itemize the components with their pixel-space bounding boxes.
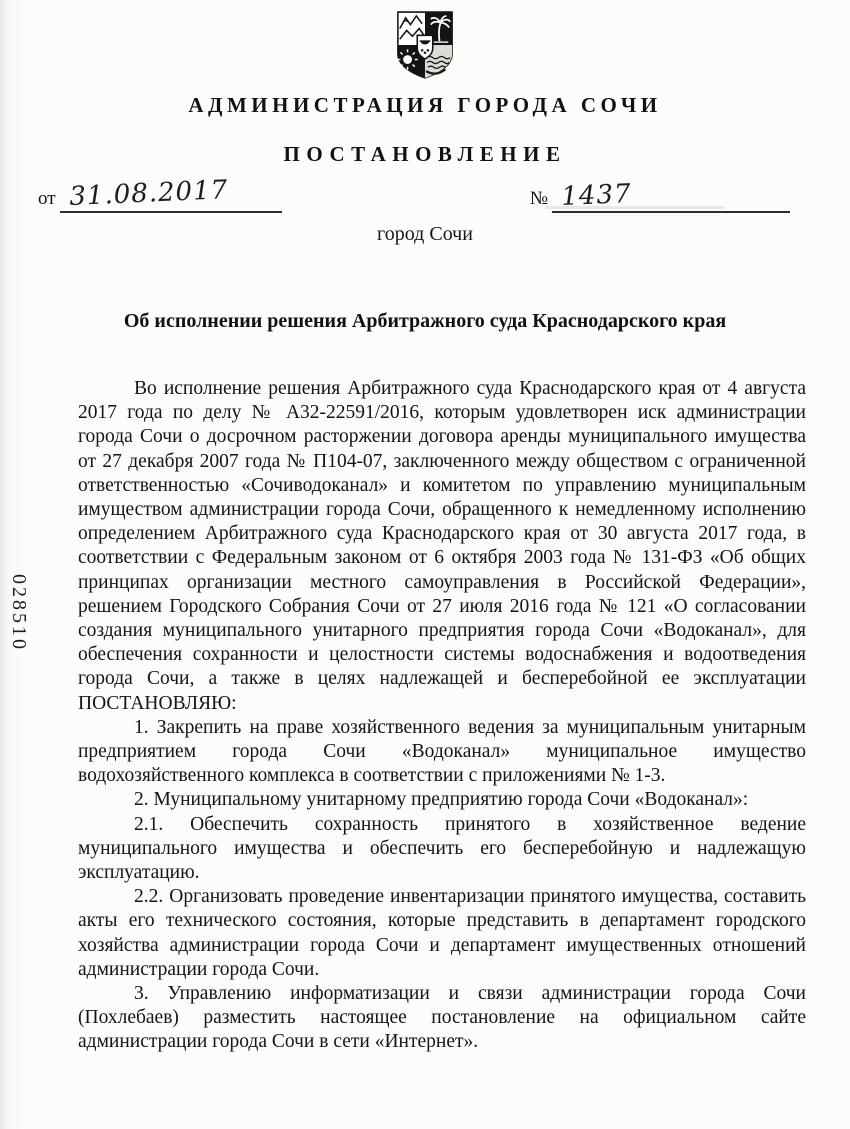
handwritten-date: 31.08.2017	[68, 177, 228, 210]
document-body: Во исполнение решения Арбитражного суда …	[78, 377, 806, 1055]
date-underline: 31.08.2017	[60, 184, 282, 213]
sochi-coat-of-arms-icon	[394, 9, 456, 81]
number-label: №	[530, 188, 548, 213]
scan-artifact	[545, 206, 725, 209]
place-line: город Сочи	[0, 222, 850, 246]
paragraph-item-2: 2. Муниципальному унитарному предприятию…	[78, 788, 806, 812]
emblem-container	[393, 9, 457, 86]
paragraph-item-2-1: 2.1. Обеспечить сохранность принятого в …	[78, 813, 806, 886]
date-label: от	[38, 188, 56, 213]
form-blank-number: 028510	[7, 574, 30, 652]
paragraph-preamble: Во исполнение решения Арбитражного суда …	[78, 377, 806, 716]
document-title: Об исполнении решения Арбитражного суда …	[60, 309, 790, 333]
document-type-heading: ПОСТАНОВЛЕНИЕ	[0, 142, 850, 166]
date-field: от 31.08.2017	[38, 184, 282, 213]
organization-name: АДМИНИСТРАЦИЯ ГОРОДА СОЧИ	[0, 93, 850, 117]
document-page: 028510	[0, 0, 850, 1129]
paragraph-item-2-2: 2.2. Организовать проведение инвентариза…	[78, 885, 806, 982]
fountain-escutcheon-icon	[417, 35, 433, 59]
paragraph-item-3: 3. Управлению информатизации и связи адм…	[78, 982, 806, 1055]
paragraph-item-1: 1. Закрепить на праве хозяйственного вед…	[78, 716, 806, 789]
